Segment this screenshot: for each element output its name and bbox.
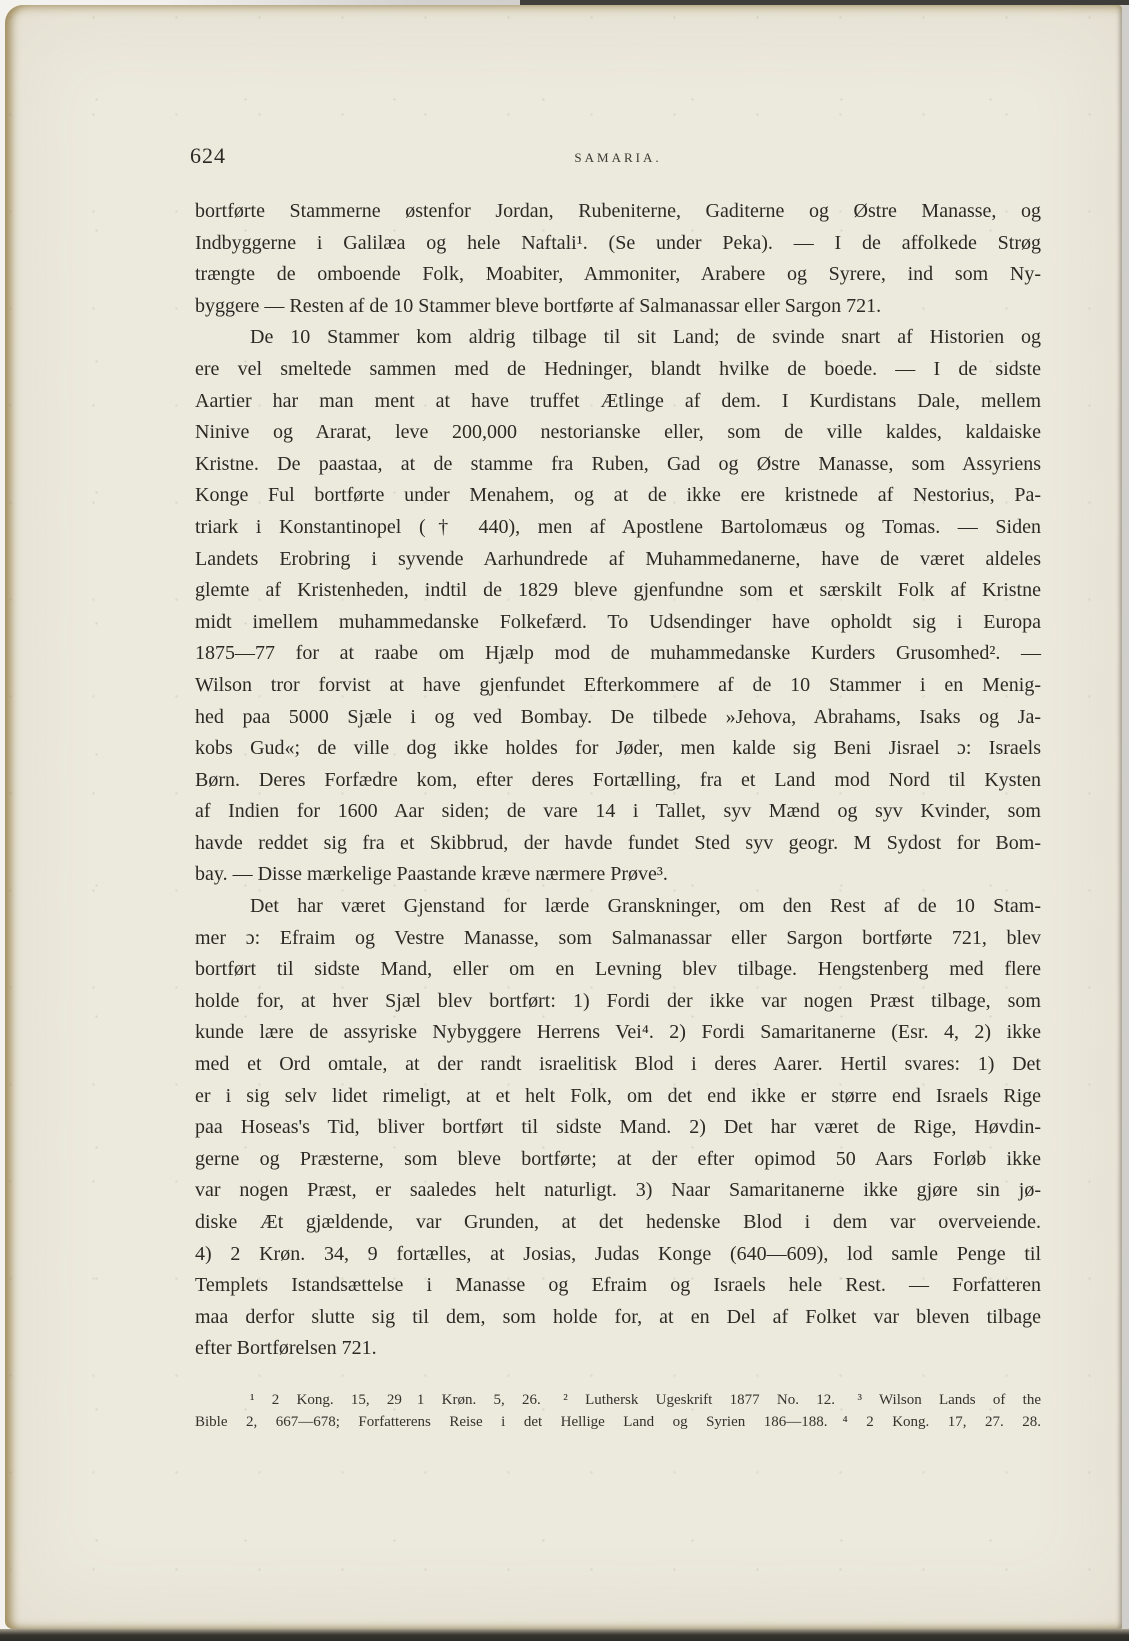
footnote-line: ¹ 2 Kong. 15, 29 1 Krøn. 5, 26. ² Luther… <box>195 1390 1041 1412</box>
text-line: Wilson tror forvist at have gjenfundet E… <box>195 670 1041 702</box>
text-line: kobs Gud«; de ville dog ikke holdes for … <box>195 733 1041 765</box>
text-line: midt imellem muhammedanske Folkefærd. To… <box>195 607 1041 639</box>
text-line: Landets Erobring i syvende Aarhundrede a… <box>195 544 1041 576</box>
text-line: Kristne. De paastaa, at de stamme fra Ru… <box>195 449 1041 481</box>
text-line: mer ɔ: Efraim og Vestre Manasse, som Sal… <box>195 923 1041 955</box>
text-line: Konge Ful bortførte under Menahem, og at… <box>195 480 1041 512</box>
text-line: triark i Konstantinopel († 440), men af … <box>195 512 1041 544</box>
text-line: diske Æt gjældende, var Grunden, at det … <box>195 1207 1041 1239</box>
text-line: glemte af Kristenheden, indtil de 1829 b… <box>195 575 1041 607</box>
text-line: Børn. Deres Forfædre kom, efter deres Fo… <box>195 765 1041 797</box>
text-line: af Indien for 1600 Aar siden; de vare 14… <box>195 796 1041 828</box>
text-line: bortført til sidste Mand, eller om en Le… <box>195 954 1041 986</box>
text-line: Det har været Gjenstand for lærde Gransk… <box>195 891 1041 923</box>
running-head: SAMARIA. <box>195 150 1041 166</box>
text-line: Ninive og Ararat, leve 200,000 nestorian… <box>195 417 1041 449</box>
footnote-line: Bible 2, 667—678; Forfatterens Reise i d… <box>195 1412 1041 1434</box>
text-line: holde for, at hver Sjæl blev bortført: 1… <box>195 986 1041 1018</box>
text-line: paa Hoseas's Tid, bliver bortført til si… <box>195 1112 1041 1144</box>
text-line: trængte de omboende Folk, Moabiter, Ammo… <box>195 259 1041 291</box>
text-line: 4) 2 Krøn. 34, 9 fortælles, at Josias, J… <box>195 1239 1041 1271</box>
text-line: De 10 Stammer kom aldrig tilbage til sit… <box>195 322 1041 354</box>
text-line: efter Bortførelsen 721. <box>195 1333 1041 1365</box>
body-text: bortførte Stammerne østenfor Jordan, Rub… <box>195 196 1041 1365</box>
text-line: maa derfor slutte sig til dem, som holde… <box>195 1302 1041 1334</box>
text-line: Indbyggerne i Galilæa og hele Naftali¹. … <box>195 228 1041 260</box>
text-line: ere vel smeltede sammen med de Hedninger… <box>195 354 1041 386</box>
footnotes: ¹ 2 Kong. 15, 29 1 Krøn. 5, 26. ² Luther… <box>195 1390 1041 1433</box>
text-line: kunde lære de assyriske Nybyggere Herren… <box>195 1017 1041 1049</box>
text-line: bay. — Disse mærkelige Paastande kræve n… <box>195 859 1041 891</box>
text-line: gerne og Præsterne, som bleve bortførte;… <box>195 1144 1041 1176</box>
text-line: Aartier har man ment at have truffet Ætl… <box>195 386 1041 418</box>
text-line: byggere — Resten af de 10 Stammer bleve … <box>195 291 1041 323</box>
text-line: er i sig selv lidet rimeligt, at et helt… <box>195 1081 1041 1113</box>
text-line: bortførte Stammerne østenfor Jordan, Rub… <box>195 196 1041 228</box>
text-line: med et Ord omtale, at der randt israelit… <box>195 1049 1041 1081</box>
text-line: hed paa 5000 Sjæle i og ved Bombay. De t… <box>195 702 1041 734</box>
text-line: var nogen Præst, er saaledes helt naturl… <box>195 1175 1041 1207</box>
book-page: 624 SAMARIA. bortførte Stammerne østenfo… <box>5 5 1122 1629</box>
text-line: Templets Istandsættelse i Manasse og Efr… <box>195 1270 1041 1302</box>
text-line: havde reddet sig fra et Skibbrud, der ha… <box>195 828 1041 860</box>
scan-bottom-edge <box>0 1629 1129 1641</box>
text-line: 1875—77 for at raabe om Hjælp mod de muh… <box>195 638 1041 670</box>
